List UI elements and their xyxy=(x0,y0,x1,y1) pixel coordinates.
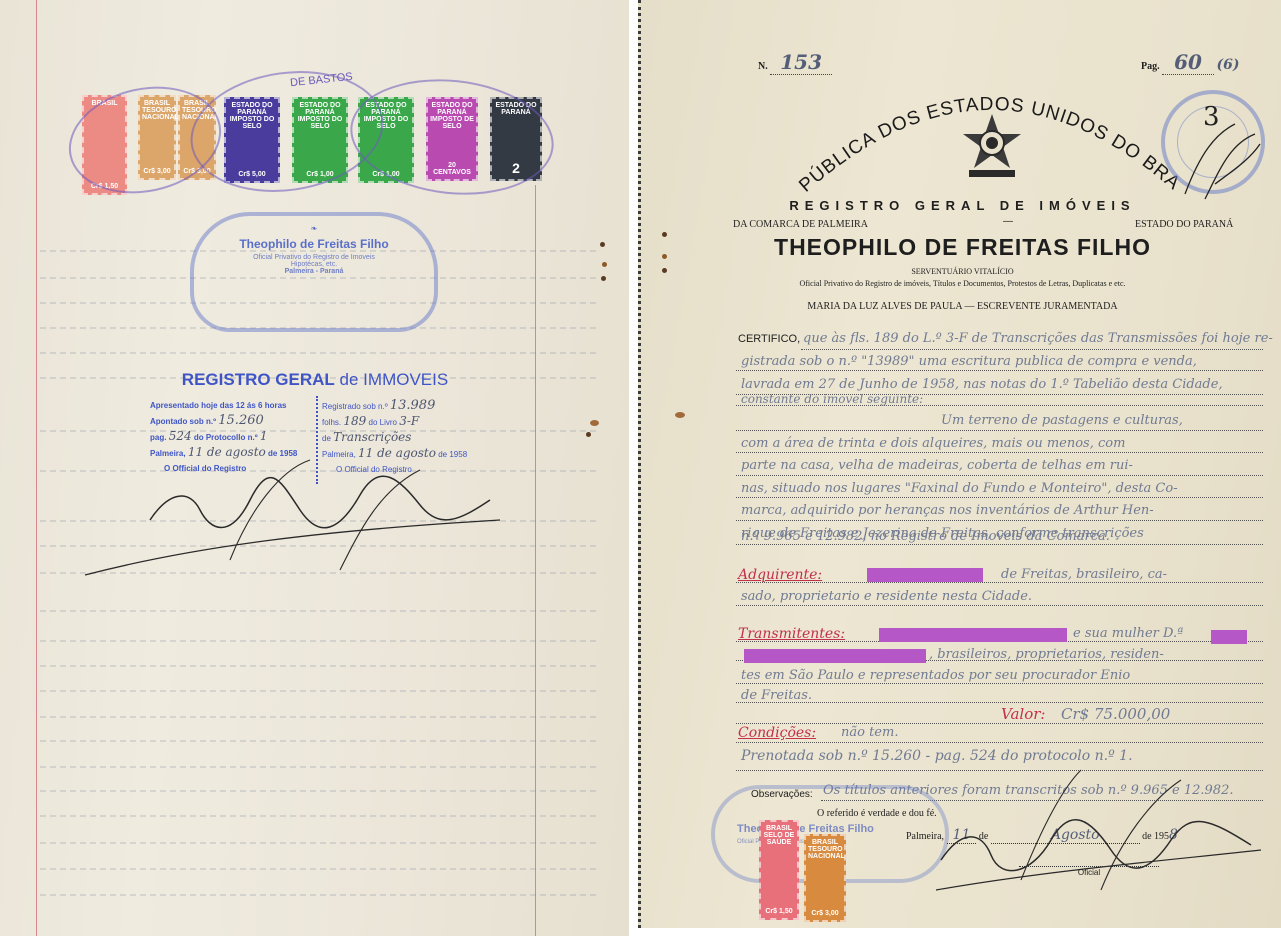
registry-title: REGISTRO GERAL DE IMÓVEIS xyxy=(641,198,1281,213)
transmitentes-line: de Freitas. xyxy=(741,688,812,703)
valor-value: Cr$ 75.000,00 xyxy=(1061,705,1170,723)
coat-of-arms-icon xyxy=(959,112,1025,182)
certifico-label: CERTIFICO, xyxy=(738,333,800,345)
left-page-document: BRASILCr$ 1,50 BRASIL TESOURO NACIONALCr… xyxy=(0,0,629,936)
comarca-label: DA COMARCA DE PALMEIRA xyxy=(733,219,868,230)
redaction-bar xyxy=(879,628,1067,642)
transmitentes-line: , brasileiros, proprietarios, residen- xyxy=(929,647,1164,662)
adquirente-line: de Freitas, brasileiro, ca- xyxy=(1001,567,1167,582)
redaction-bar xyxy=(1211,630,1247,644)
condicoes-value: não tem. xyxy=(841,725,898,740)
right-margin-line xyxy=(535,185,536,936)
right-page-certificate: N. 153 Pag. 60 (6) REPÚBLICA DOS ESTADOS… xyxy=(638,0,1281,928)
officer-description: Oficial Privativo do Registro de imóveis… xyxy=(641,279,1281,288)
transmitentes-line: tes em São Paulo e representados por seu… xyxy=(741,668,1130,683)
body-line: constante do imovel seguinte: xyxy=(741,392,923,406)
body-line: que às fls. 189 do L.º 3-F de Transcriçõ… xyxy=(803,331,1273,346)
redaction-bar xyxy=(744,649,926,663)
body-line: com a área de trinta e dois alqueires, m… xyxy=(741,436,1125,451)
official-signature xyxy=(80,450,520,590)
adquirente-line: sado, proprietario e residente nesta Cid… xyxy=(741,589,1032,604)
body-line: parte na casa, velha de madeiras, cobert… xyxy=(741,458,1133,473)
cancellation-mark xyxy=(345,70,560,205)
body-line: marca, adquirido por heranças nos invent… xyxy=(741,503,1154,518)
transmitentes-label: Transmitentes: xyxy=(738,626,845,642)
clerk-name: MARIA DA LUZ ALVES DE PAULA — ESCREVENTE… xyxy=(641,301,1281,312)
redaction-bar xyxy=(867,568,983,582)
body-line: Um terreno de pastagens e culturas, xyxy=(941,413,1183,428)
officer-name: THEOPHILO DE FREITAS FILHO xyxy=(641,234,1281,261)
body-line: nas, situado nos lugares "Faxinal do Fun… xyxy=(741,481,1178,496)
office-stamp: ❧ Theophilo de Freitas Filho Oficial Pri… xyxy=(190,212,438,332)
estado-label: ESTADO DO PARANÁ xyxy=(1135,219,1233,230)
revenue-stamp: BRASIL SELO DE SAÚDECr$ 1,50 xyxy=(759,820,799,920)
transmitentes-line: e sua mulher D.ª xyxy=(1073,626,1183,641)
body-line: gistrada sob o n.º "13989" uma escritura… xyxy=(741,354,1197,369)
oficial-label: Oficial xyxy=(1019,866,1159,877)
revenue-stamp: BRASIL TESOURO NACIONALCr$ 3,00 xyxy=(804,834,846,922)
adquirente-label: Adquirente: xyxy=(738,567,822,583)
left-margin-line xyxy=(36,0,37,936)
officer-title: SERVENTUÁRIO VITALÍCIO xyxy=(641,267,1281,276)
condicoes-label: Condições: xyxy=(738,725,816,741)
body-line: n.º 9.965 e 12.982, no Registro de Imove… xyxy=(741,529,1110,544)
body-line: lavrada em 27 de Junho de 1958, nas nota… xyxy=(741,377,1223,392)
valor-label: Valor: xyxy=(1001,705,1045,723)
official-seal: 3 xyxy=(1161,90,1265,194)
official-signature xyxy=(931,760,1271,900)
